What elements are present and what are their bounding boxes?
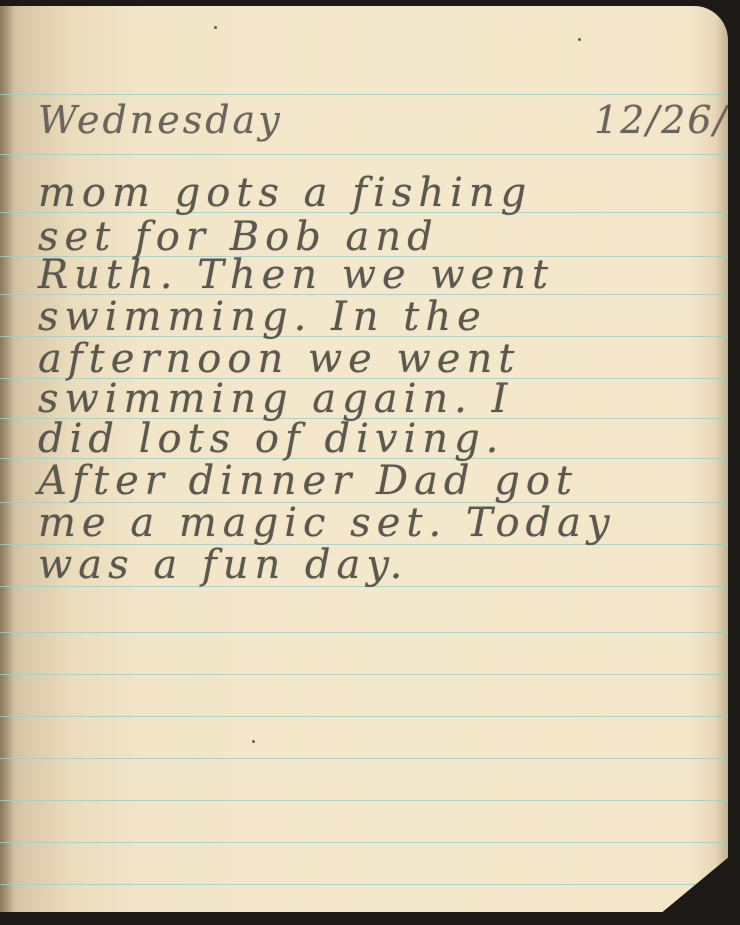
- entry-line: mom gots a fishing: [38, 170, 532, 216]
- binding-shadow: [0, 6, 14, 912]
- rule-line: [0, 758, 728, 759]
- paper-speck: [214, 26, 217, 29]
- entry-line: me a magic set. Today: [38, 500, 616, 546]
- rule-line: [0, 800, 728, 801]
- entry-line: was a fun day.: [38, 542, 408, 588]
- rule-line: [0, 632, 728, 633]
- paper-speck: [578, 38, 581, 41]
- rule-line: [0, 674, 728, 675]
- entry-line: swimming. In the: [38, 294, 487, 340]
- entry-line: After dinner Dad got: [38, 458, 578, 504]
- entry-line: Ruth. Then we went: [38, 252, 554, 298]
- rule-line: [0, 716, 728, 717]
- rule-line: [0, 842, 728, 843]
- rule-line: [0, 884, 728, 885]
- rule-line: [0, 94, 728, 95]
- entry-line: did lots of diving.: [38, 416, 504, 462]
- entry-date: 12/26/51: [594, 98, 728, 142]
- diary-page: Wednesday 12/26/51 mom gots a fishing se…: [0, 6, 728, 912]
- rule-line: [0, 154, 728, 155]
- entry-day: Wednesday: [38, 98, 283, 142]
- paper-speck: [252, 740, 255, 743]
